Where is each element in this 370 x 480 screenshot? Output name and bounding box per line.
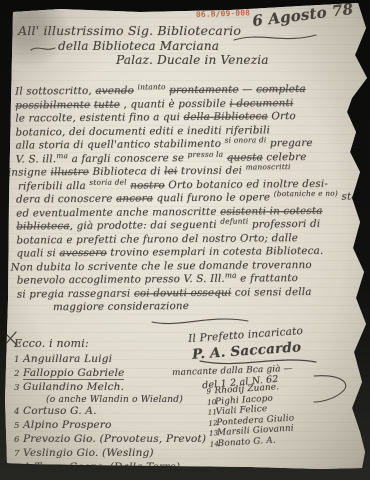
- list-item-name: Bonato G. A.: [217, 435, 276, 449]
- text-run: V. S. ill.: [16, 153, 57, 165]
- date: 6 Agosto 78: [251, 0, 354, 30]
- list-item: 4Cortuso G. A.: [14, 405, 206, 419]
- list-header: Ecco. i nomi:: [14, 337, 206, 350]
- struck-text: nostro: [130, 179, 165, 191]
- struck-text: completa: [256, 83, 306, 95]
- list-item-name: Cortuso G. A.: [23, 405, 97, 417]
- address-line-1: All' illustrissimo Sig. Bibliotecario: [18, 23, 241, 38]
- list-item-number: 2: [14, 368, 23, 381]
- text-run: si pregia rassegnarsi: [17, 287, 134, 300]
- text-run: quali furono le opere: [153, 191, 274, 204]
- names-list-right: 9Rhodij Zuane.10Pighi Iacopo11Viali Feli…: [206, 381, 296, 449]
- text-run: coi sensi della: [231, 285, 311, 298]
- struck-text: prontamente: [169, 84, 239, 97]
- text-run: benevolo accoglimento presso V. S. Ill.: [17, 273, 225, 287]
- text-run: dera di conoscere: [16, 193, 116, 206]
- letter-body: Il sottoscritto, avendo intanto prontame…: [15, 83, 361, 315]
- brace-flourish: [312, 372, 354, 406]
- struck-text: ancora: [116, 192, 153, 204]
- flourish-line: [30, 44, 56, 53]
- list-item-number: 8: [14, 462, 23, 475]
- struck-text: possibilmente: [15, 98, 90, 111]
- list-item-number: 5: [14, 420, 23, 433]
- body-line: maggiore considerazione: [53, 298, 361, 314]
- list-item-number: 3: [14, 382, 23, 395]
- text-run: trovinsi dei: [177, 164, 245, 177]
- text-run: Biblioteca di: [89, 165, 164, 178]
- list-item-alias: (o anche Wlandin o Wieland): [46, 395, 206, 405]
- list-item-number: 7: [14, 448, 23, 461]
- text-run: Il sottoscritto,: [15, 85, 95, 98]
- inserted-text: manoscritti: [246, 162, 291, 171]
- text-run: —: [239, 83, 257, 95]
- list-item-number: 4: [14, 406, 23, 419]
- inserted-text: si onora di: [225, 136, 267, 145]
- struck-text: della Biblioteca: [184, 110, 268, 123]
- struck-text: questa: [227, 151, 263, 163]
- list-item: 1Anguillara Luigi: [14, 353, 206, 367]
- flourish-line: [150, 316, 250, 328]
- list-item-name: Veslingio Gio. (Wesling): [23, 447, 154, 459]
- inserted-text: ma: [225, 271, 237, 280]
- list-item-name: Falloppio Gabriele: [23, 367, 124, 380]
- names-list-left: Ecco. i nomi: 1Anguillara Luigi2Falloppi…: [14, 337, 206, 475]
- text-run: celebre: [263, 150, 307, 162]
- text-run: a fargli conoscere se: [68, 152, 188, 165]
- list-item-name: Alpino Prospero: [23, 419, 112, 431]
- struck-text: tutte: [94, 98, 120, 110]
- paper-sheet: 06.B/09-008 6 Agosto 78 All' illustrissi…: [0, 0, 370, 480]
- list-item-name: Prevozio Gio. (Provoteus, Prevot): [23, 433, 206, 445]
- list-item-number: 1: [14, 354, 23, 367]
- list-item: 7Veslingio Gio. (Wesling): [14, 447, 206, 461]
- text-run: , già prodotte: dai seguenti: [70, 219, 221, 232]
- list-item: 8A Turre Georg. (Dalla Torre): [14, 461, 206, 475]
- archive-mark: 06.B/09-008: [196, 8, 250, 19]
- text-run: Non dubita lo scrivente che le sue doman…: [11, 258, 312, 273]
- struck-text: i documenti: [229, 97, 293, 110]
- inserted-text: defunti: [220, 217, 248, 226]
- address-line-2: della Biblioteca Marciana: [58, 39, 219, 53]
- inserted-text: (botaniche e no): [274, 189, 338, 199]
- text-run: botanica e prefetti che furono del nostr…: [16, 232, 298, 246]
- list-item: 3Guilandino Melch.: [14, 381, 206, 395]
- struck-text: avessero: [59, 247, 107, 259]
- text-run: le raccolte, esistenti fino a qui: [15, 111, 183, 124]
- list-item-name: Guilandino Melch.: [23, 381, 124, 393]
- text-run: , quanti è possibile: [120, 97, 230, 110]
- text-run: Orto: [268, 110, 296, 122]
- text-run: e frattanto: [237, 272, 298, 285]
- flourish-line: [232, 32, 318, 44]
- address-line-3: Palaz. Ducale in Venezia: [116, 53, 269, 67]
- struck-text: coi dovuti ossequi: [134, 286, 232, 299]
- list-item: 6Prevozio Gio. (Provoteus, Prevot): [14, 433, 206, 447]
- struck-text: illustre: [50, 166, 89, 178]
- inserted-text: ma: [56, 151, 68, 160]
- list-item-name: A Turre Georg. (Dalla Torre): [23, 461, 180, 473]
- text-run: riferibili alla: [18, 179, 90, 192]
- struck-text: biblioteca: [16, 220, 70, 232]
- text-run: professori di: [248, 218, 320, 231]
- text-run: stampate: [338, 190, 370, 202]
- inserted-text: storia del: [89, 177, 126, 186]
- text-run: trovino esemplari in cotesta Biblioteca.: [107, 245, 324, 259]
- struck-text: avendo: [95, 84, 134, 96]
- text-run: maggiore considerazione: [53, 300, 189, 313]
- text-run: quali si: [16, 247, 59, 259]
- inserted-text: presso la: [187, 149, 223, 158]
- struck-text: lei: [164, 165, 177, 177]
- text-run: pregare: [266, 137, 312, 149]
- text-run: insigne: [8, 166, 51, 178]
- struck-text: esistenti in cotesta: [220, 204, 323, 217]
- list-item-name: Anguillara Luigi: [23, 353, 112, 365]
- manuscript-photo: 06.B/09-008 6 Agosto 78 All' illustrissi…: [0, 0, 370, 480]
- list-item: 5Alpino Prospero: [14, 419, 206, 433]
- inserted-text: intanto: [137, 82, 165, 91]
- list-item-number: 6: [14, 434, 23, 447]
- text-run: ed eventualmente anche manoscritte: [16, 205, 220, 219]
